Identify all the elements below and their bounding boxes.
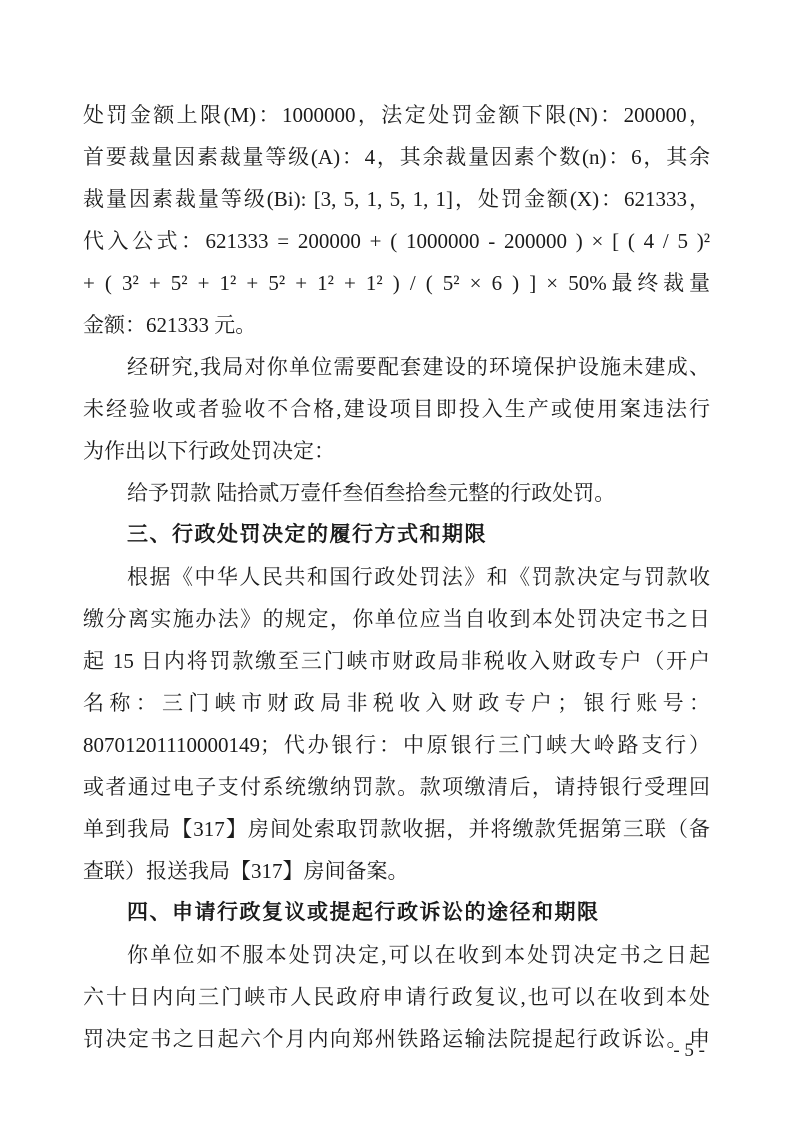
doc-line: 起 15 日内将罚款缴至三门峡市财政局非税收入财政专户（开户 [83,640,710,682]
doc-line: 罚决定书之日起六个月内向郑州铁路运输法院提起行政诉讼。申 [83,1018,710,1060]
doc-line-formula: + ( 3² + 5² + 1² + 5² + 1² + 1² ) / ( 5²… [83,262,710,304]
doc-line: 金额：621333 元。 [83,304,710,346]
doc-line: 你单位如不服本处罚决定,可以在收到本处罚决定书之日起 [83,934,710,976]
doc-line: 缴分离实施办法》的规定，你单位应当自收到本处罚决定书之日 [83,598,710,640]
doc-line: 根据《中华人民共和国行政处罚法》和《罚款决定与罚款收 [83,556,710,598]
doc-line: 为作出以下行政处罚决定： [83,430,710,472]
doc-line: 或者通过电子支付系统缴纳罚款。款项缴清后，请持银行受理回 [83,766,710,808]
doc-line: 经研究,我局对你单位需要配套建设的环境保护设施未建成、 [83,346,710,388]
doc-line-formula: 代入公式：621333 = 200000 + ( 1000000 - 20000… [83,220,710,262]
doc-line-account-number: 80701201110000149；代办银行：中原银行三门峡大岭路支行） [83,724,710,766]
doc-line: 处罚金额上限(M)：1000000，法定处罚金额下限(N)：200000， [83,94,710,136]
page-number: - 5 - [673,1038,705,1064]
doc-line-penalty: 给予罚款 陆拾贰万壹仟叁佰叁拾叁元整的行政处罚。 [83,472,710,514]
doc-line: 首要裁量因素裁量等级(A)：4，其余裁量因素个数(n)：6，其余 [83,136,710,178]
document-page: 处罚金额上限(M)：1000000，法定处罚金额下限(N)：200000， 首要… [0,0,793,1122]
section-3-heading: 三、行政处罚决定的履行方式和期限 [83,514,710,556]
doc-line: 未经验收或者验收不合格,建设项目即投入生产或使用案违法行 [83,388,710,430]
doc-line: 单到我局【317】房间处索取罚款收据，并将缴款凭据第三联（备 [83,808,710,850]
doc-line: 裁量因素裁量等级(Bi): [3, 5, 1, 5, 1, 1]，处罚金额(X)… [83,178,710,220]
doc-line: 查联）报送我局【317】房间备案。 [83,850,710,892]
doc-line: 六十日内向三门峡市人民政府申请行政复议,也可以在收到本处 [83,976,710,1018]
document-body: 处罚金额上限(M)：1000000，法定处罚金额下限(N)：200000， 首要… [83,94,710,1060]
section-4-heading: 四、申请行政复议或提起行政诉讼的途径和期限 [83,892,710,934]
doc-line-account-name: 名称：三门峡市财政局非税收入财政专户；银行账号： [83,682,710,724]
